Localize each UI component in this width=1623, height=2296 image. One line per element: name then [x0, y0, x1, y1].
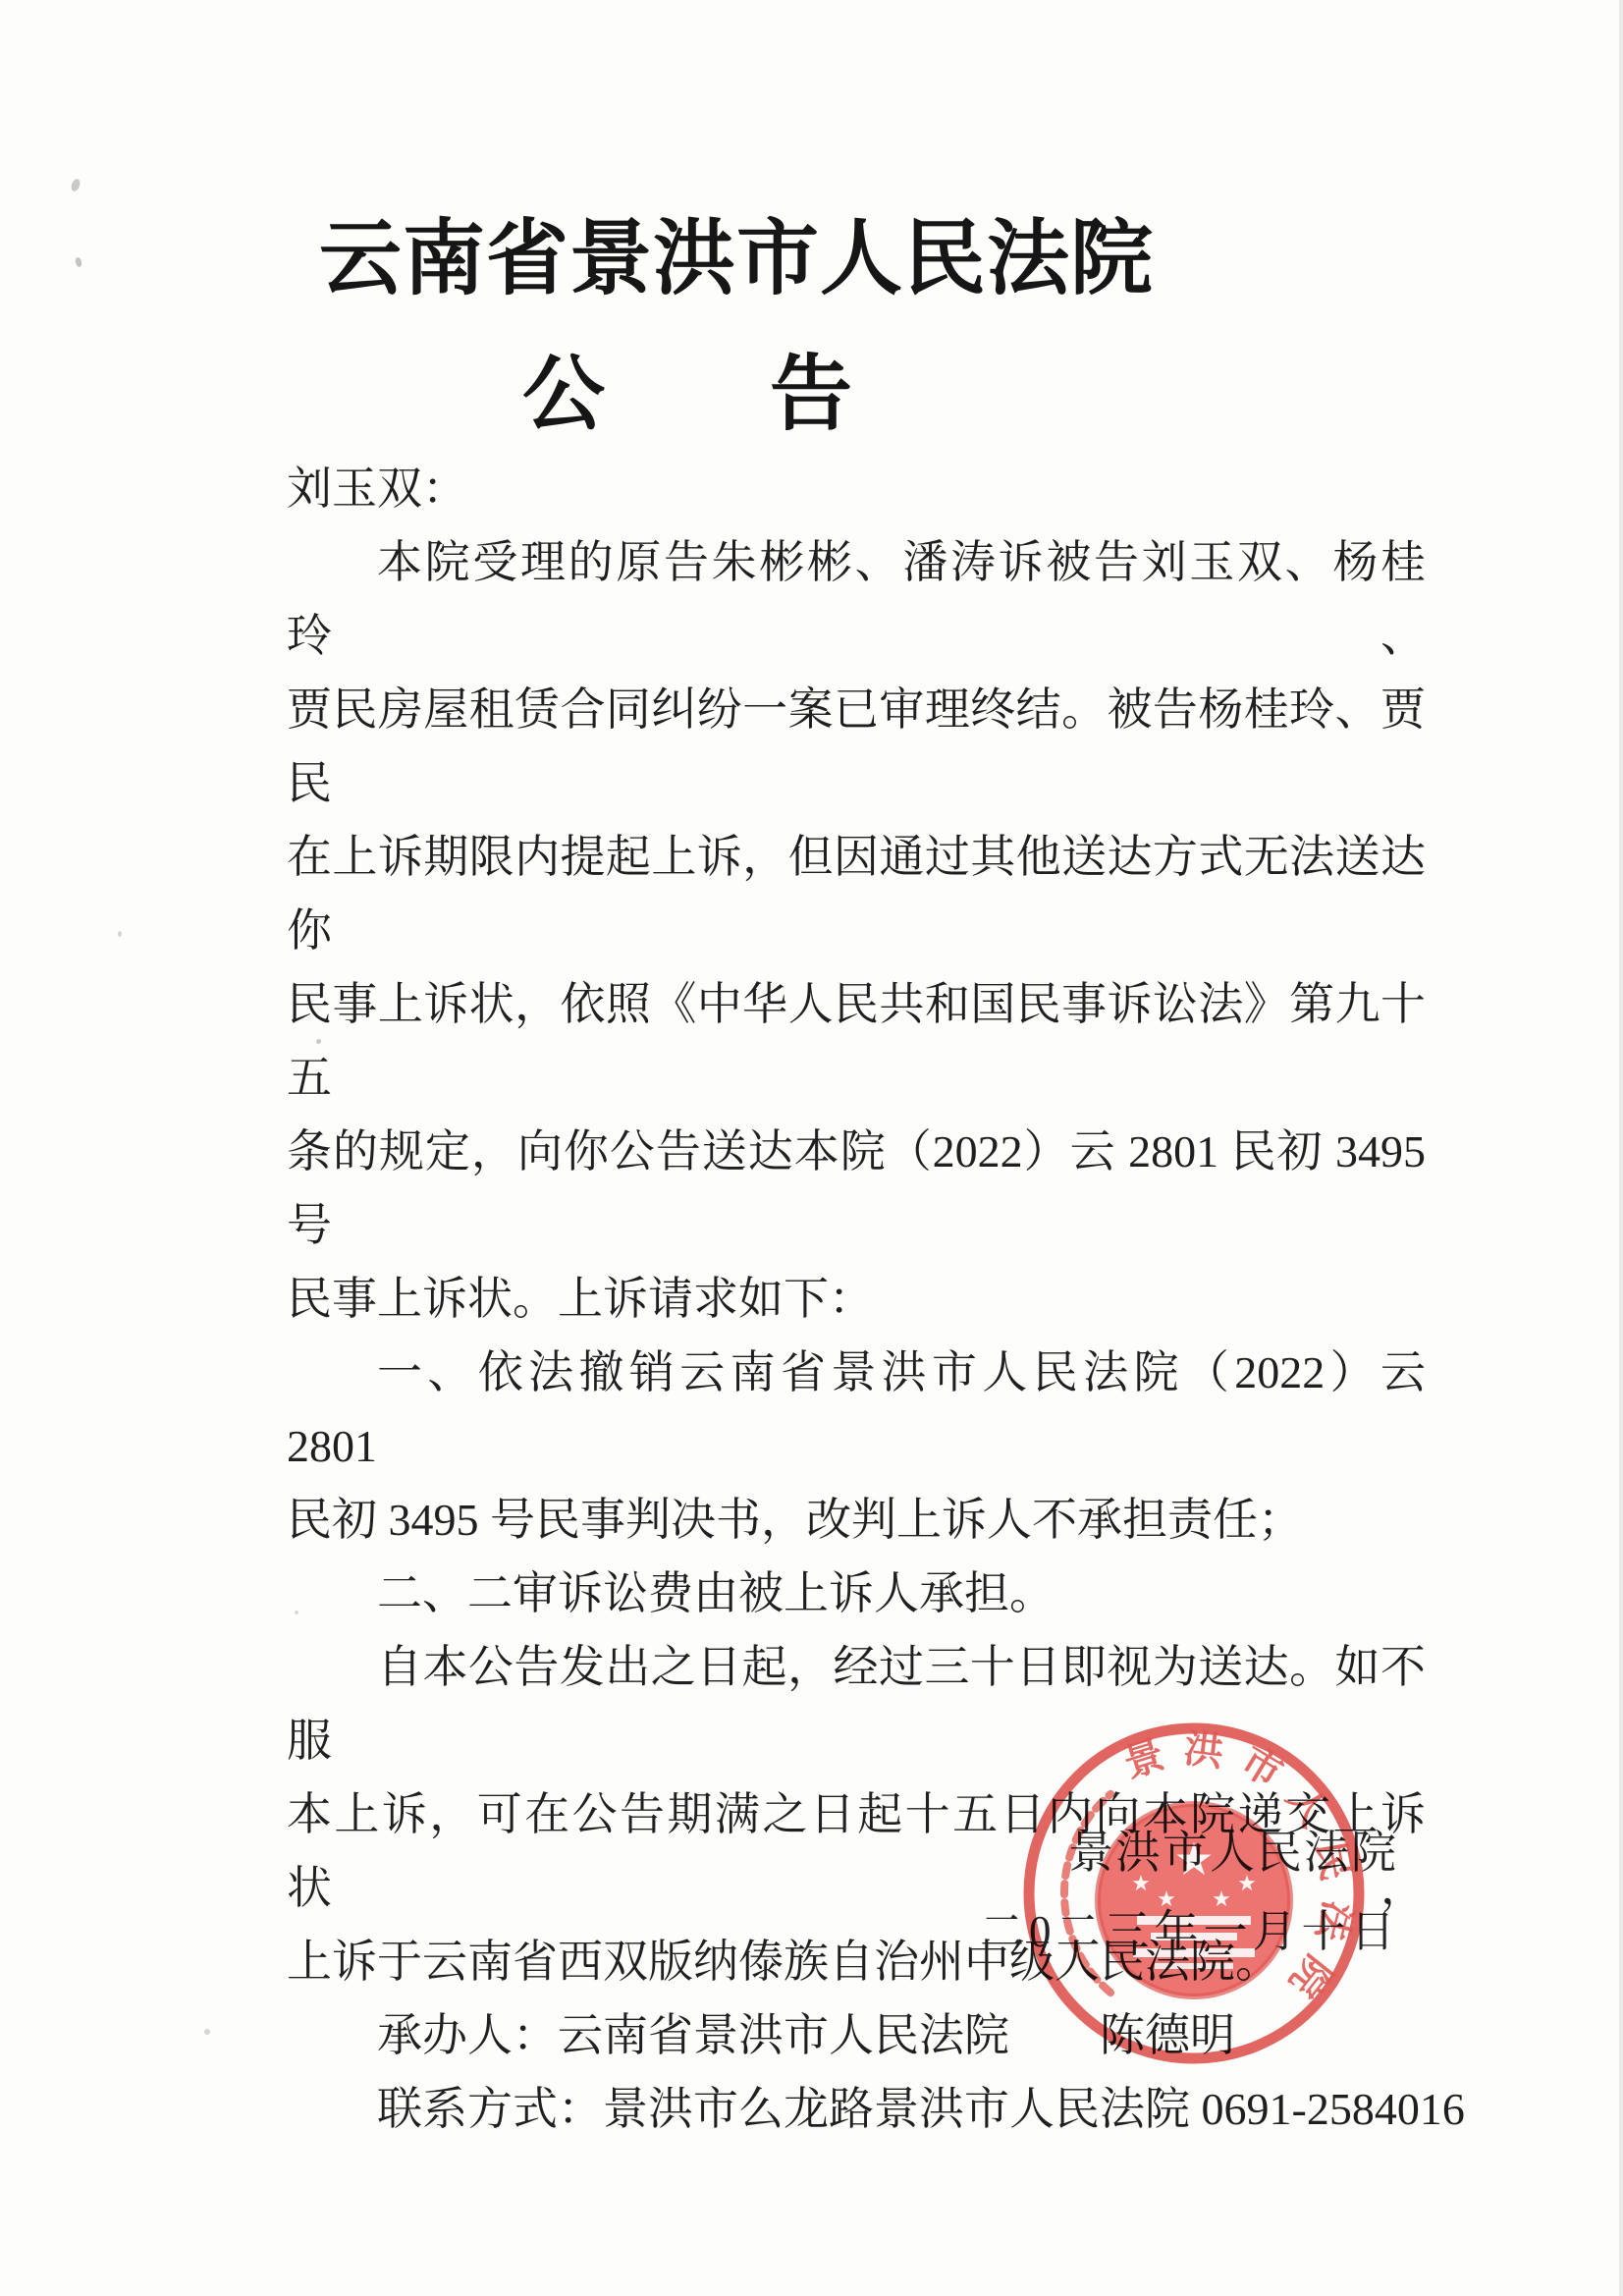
body-line: 贾民房屋租赁合同纠纷一案已审理终结。被告杨桂玲、贾民 [287, 673, 1426, 820]
svg-text:★: ★ [1237, 1872, 1257, 1896]
body-line: 联系方式：景洪市么龙路景洪市人民法院 0691-2584016 [287, 2072, 1426, 2146]
official-seal: 景洪市人民法院 ★ ★ ★ ★ ★ [1012, 1712, 1376, 2075]
body-line: 本院受理的原告朱彬彬、潘涛诉被告刘玉双、杨桂玲、 [287, 525, 1426, 673]
svg-text:★: ★ [1173, 1832, 1214, 1886]
body-line: 二、二审诉讼费由被上诉人承担。 [287, 1557, 1426, 1630]
body-line: 条的规定，向你公告送达本院（2022）云 2801 民初 3495 号 [287, 1115, 1426, 1262]
notice-subtitle: 公 告 [0, 328, 1375, 447]
scan-speck [118, 931, 122, 937]
svg-text:★: ★ [1131, 1872, 1151, 1896]
court-notice-page: 云南省景洪市人民法院 公 告 刘玉双： 本院受理的原告朱彬彬、潘涛诉被告刘玉双、… [0, 0, 1623, 2296]
page-title: 云南省景洪市人民法院 [0, 192, 1473, 311]
body-line: 民事上诉状，依照《中华人民共和国民事诉讼法》第九十五 [287, 967, 1426, 1115]
svg-text:★: ★ [1212, 1887, 1231, 1912]
scan-speck [204, 2029, 210, 2035]
seal-national-emblem: ★ ★ ★ ★ ★ [1098, 1804, 1290, 1996]
body-line: 民事上诉状。上诉请求如下： [287, 1262, 1426, 1336]
salutation: 刘玉双： [287, 452, 1426, 525]
body-line: 一、依法撤销云南省景洪市人民法院（2022）云 2801 [287, 1336, 1426, 1483]
scan-speck [295, 1611, 298, 1614]
body-line: 民初 3495 号民事判决书，改判上诉人不承担责任； [287, 1483, 1426, 1557]
scan-edge-shadow [1619, 0, 1623, 2296]
scan-speck [316, 1039, 321, 1044]
svg-text:★: ★ [1157, 1887, 1176, 1912]
body-line: 在上诉期限内提起上诉，但因通过其他送达方式无法送达你 [287, 820, 1426, 967]
scan-speck [70, 178, 81, 192]
